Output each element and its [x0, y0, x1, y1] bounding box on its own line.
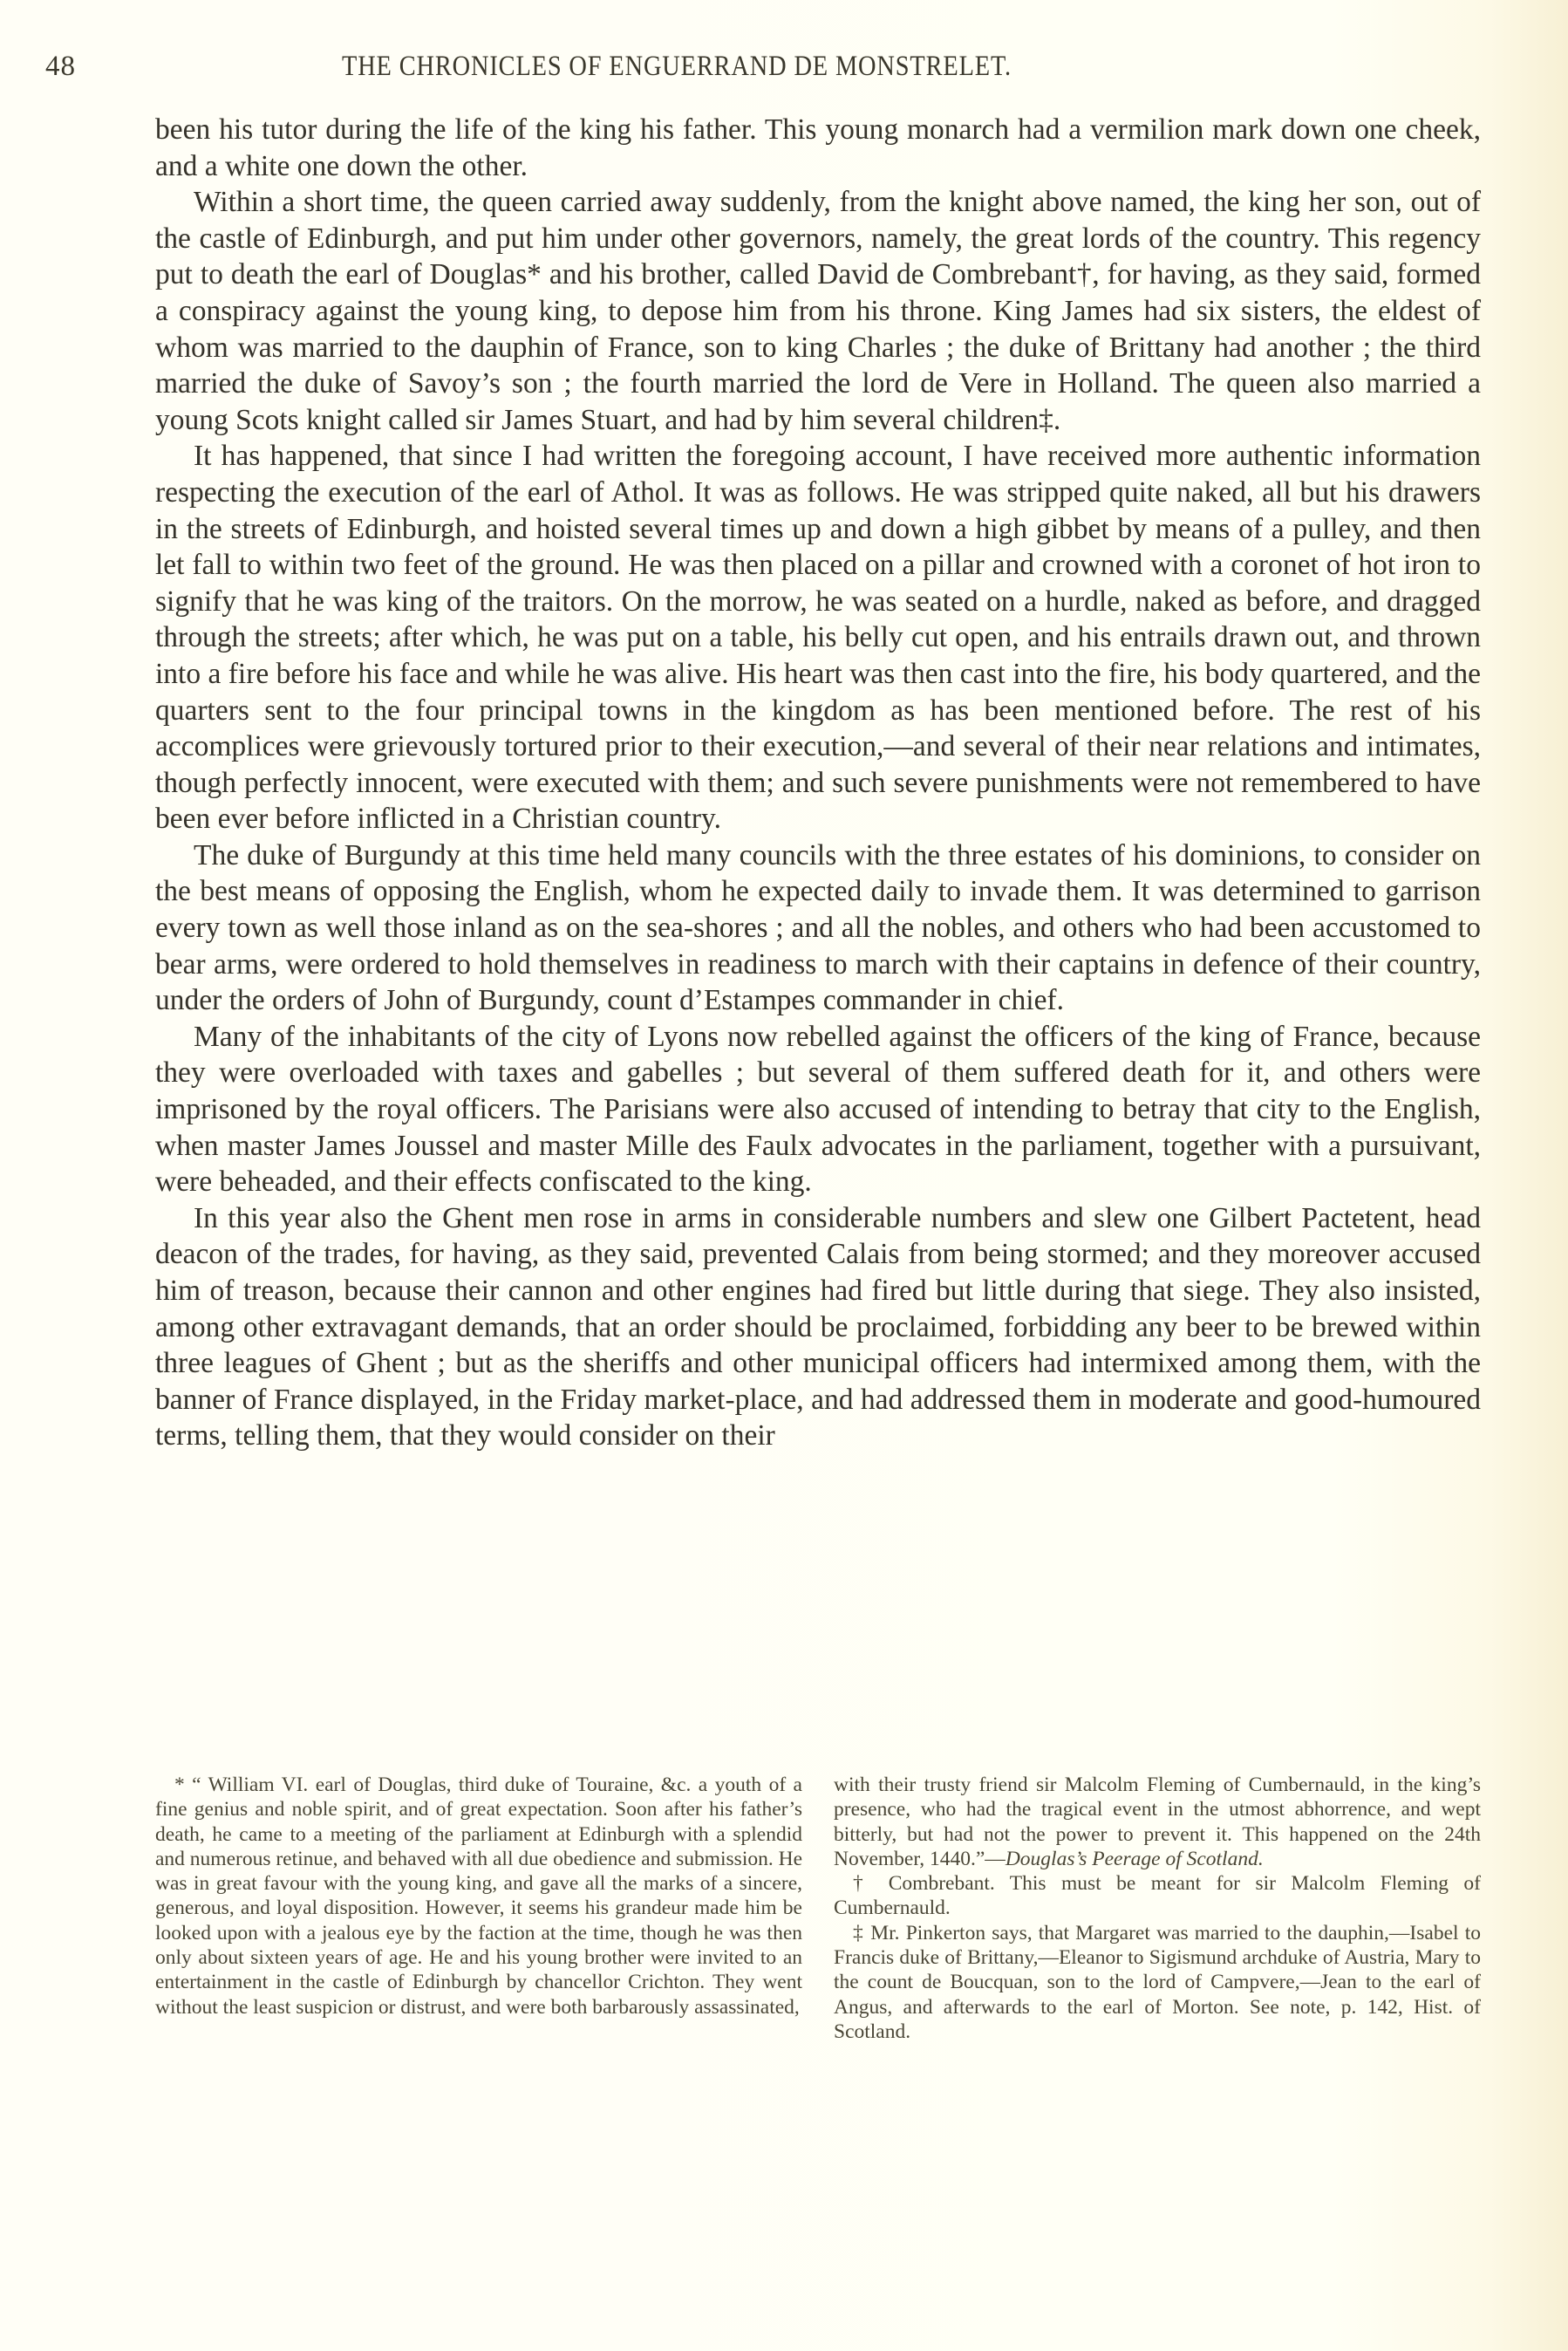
paragraph-athol-execution: It has happened, that since I had writte…	[155, 438, 1481, 837]
footnote-citation: Douglas’s Peerage of Scotland.	[1006, 1848, 1264, 1870]
footnote-asterisk: * “ William VI. earl of Douglas, third d…	[155, 1773, 802, 2020]
footnote-double-dagger: ‡ Mr. Pinkerton says, that Margaret was …	[834, 1921, 1481, 2044]
running-head: 48 THE CHRONICLES OF ENGUERRAND DE MONST…	[45, 51, 1476, 103]
paragraph-queen-regency: Within a short time, the queen carried a…	[155, 184, 1481, 438]
page-number: 48	[45, 51, 76, 83]
footnote-column-left: * “ William VI. earl of Douglas, third d…	[155, 1773, 802, 2044]
main-text: been his tutor during the life of the ki…	[155, 112, 1481, 1454]
running-title: THE CHRONICLES OF ENGUERRAND DE MONSTREL…	[342, 51, 1012, 83]
paragraph-continuation: been his tutor during the life of the ki…	[155, 112, 1481, 184]
paragraph-ghent-rising: In this year also the Ghent men rose in …	[155, 1200, 1481, 1454]
footnote-dagger: † Combrebant. This must be meant for sir…	[834, 1871, 1481, 1921]
book-page: 48 THE CHRONICLES OF ENGUERRAND DE MONST…	[0, 0, 1568, 2351]
footnote-column-right: with their trusty friend sir Malcolm Fle…	[834, 1773, 1481, 2044]
footnotes: * “ William VI. earl of Douglas, third d…	[155, 1773, 1481, 2044]
paragraph-burgundy-councils: The duke of Burgundy at this time held m…	[155, 837, 1481, 1019]
footnote-asterisk-continued: with their trusty friend sir Malcolm Fle…	[834, 1773, 1481, 1871]
paragraph-lyons-rebellion: Many of the inhabitants of the city of L…	[155, 1019, 1481, 1200]
